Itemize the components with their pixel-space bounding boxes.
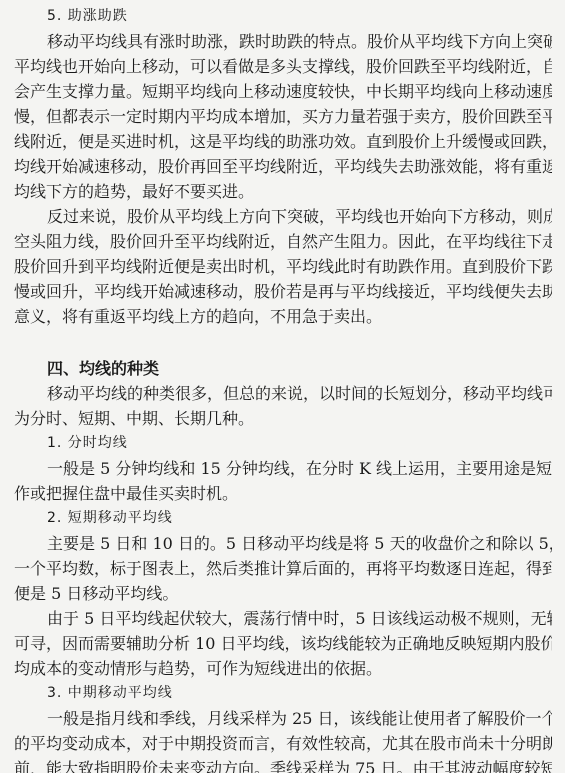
text-line: 平均线也开始向上移动，可以看做是多头支撑线，股价回跌至平均线附近，自然 [14, 54, 552, 79]
paragraph-duanqi-2: 由于 5 日平均线起伏较大，震荡行情中时，5 日该线运动极不规则，无轨迹 可寻，… [14, 606, 552, 681]
subsection-heading-5: 5. 助涨助跌 [14, 4, 552, 29]
paragraph-fenshi: 一般是 5 分钟均线和 15 分钟均线，在分时 K 线上运用，主要用途是短线操 … [14, 456, 552, 506]
text-line: 一个平均数，标于图表上，然后类推计算后面的，再将平均数逐日连起，得到的 [14, 556, 552, 581]
text-line: 股价回升到平均线附近便是卖出时机，平均线此时有助跌作用。直到股价下跌缓 [14, 254, 552, 279]
subsection-heading-3: 3. 中期移动平均线 [14, 681, 552, 706]
text-line: 移动平均线的种类很多，但总的来说，以时间的长短划分，移动平均线可分 [14, 381, 552, 406]
text-line: 均成本的变动情形与趋势，可作为短线进出的依据。 [14, 656, 552, 681]
paragraph-zhudie: 反过来说，股价从平均线上方向下突破，平均线也开始向下方移动，则成为 空头阻力线，… [14, 204, 552, 329]
text-line: 空头阻力线，股价回升至平均线附近，自然产生阻力。因此，在平均线往下走， [14, 229, 552, 254]
text-line: 慢，但都表示一定时期内平均成本增加，买方力量若强于卖方，股价回跌至平均 [14, 104, 552, 129]
section-spacer [14, 329, 552, 356]
subsection-heading-2: 2. 短期移动平均线 [14, 506, 552, 531]
text-line: 的平均变动成本，对于中期投资而言，有效性较高，尤其在股市尚未十分明朗 [14, 731, 552, 756]
text-line: 线附近，便是买进时机，这是平均线的助涨功效。直到股价上升缓慢或回跌，平 [14, 129, 552, 154]
text-line: 均线下方的趋势，最好不要买进。 [14, 179, 552, 204]
paragraph-intro: 移动平均线的种类很多，但总的来说，以时间的长短划分，移动平均线可分 为分时、短期… [14, 381, 552, 431]
text-line: 会产生支撑力量。短期平均线向上移动速度较快，中长期平均线向上移动速度较 [14, 79, 552, 104]
section-heading: 四、均线的种类 [14, 356, 552, 381]
text-line: 前，能大致指明股价未来变动方向。季线采样为 75 日。由于其波动幅度较短期 [14, 756, 552, 773]
text-line: 便是 5 日移动平均线。 [14, 581, 552, 606]
paragraph-zhongqi: 一般是指月线和季线，月线采样为 25 日，该线能让使用者了解股价一个月 的平均变… [14, 706, 552, 773]
text-line: 由于 5 日平均线起伏较大，震荡行情中时，5 日该线运动极不规则，无轨迹 [14, 606, 552, 631]
text-line: 为分时、短期、中期、长期几种。 [14, 406, 552, 431]
text-line: 移动平均线具有涨时助涨，跌时助跌的特点。股价从平均线下方向上突破， [14, 29, 552, 54]
text-line: 一般是指月线和季线，月线采样为 25 日，该线能让使用者了解股价一个月 [14, 706, 552, 731]
text-line: 慢或回升，平均线开始减速移动，股价若是再与平均线接近，平均线便失去助跌 [14, 279, 552, 304]
document-page: 5. 助涨助跌 移动平均线具有涨时助涨，跌时助跌的特点。股价从平均线下方向上突破… [0, 0, 565, 773]
text-line: 均线开始减速移动，股价再回至平均线附近，平均线失去助涨效能，将有重返平 [14, 154, 552, 179]
text-line: 反过来说，股价从平均线上方向下突破，平均线也开始向下方移动，则成为 [14, 204, 552, 229]
text-line: 可寻，因而需要辅助分析 10 日平均线，该均线能较为正确地反映短期内股价平 [14, 631, 552, 656]
text-line: 作或把握住盘中最佳买卖时机。 [14, 481, 552, 506]
subsection-heading-1: 1. 分时均线 [14, 431, 552, 456]
paragraph-duanqi-1: 主要是 5 日和 10 日的。5 日移动平均线是将 5 天的收盘价之和除以 5，… [14, 531, 552, 606]
text-line: 主要是 5 日和 10 日的。5 日移动平均线是将 5 天的收盘价之和除以 5，… [14, 531, 552, 556]
text-line: 意义，将有重返平均线上方的趋向，不用急于卖出。 [14, 304, 552, 329]
paragraph-zhangdie: 移动平均线具有涨时助涨，跌时助跌的特点。股价从平均线下方向上突破， 平均线也开始… [14, 29, 552, 204]
text-line: 一般是 5 分钟均线和 15 分钟均线，在分时 K 线上运用，主要用途是短线操 [14, 456, 552, 481]
